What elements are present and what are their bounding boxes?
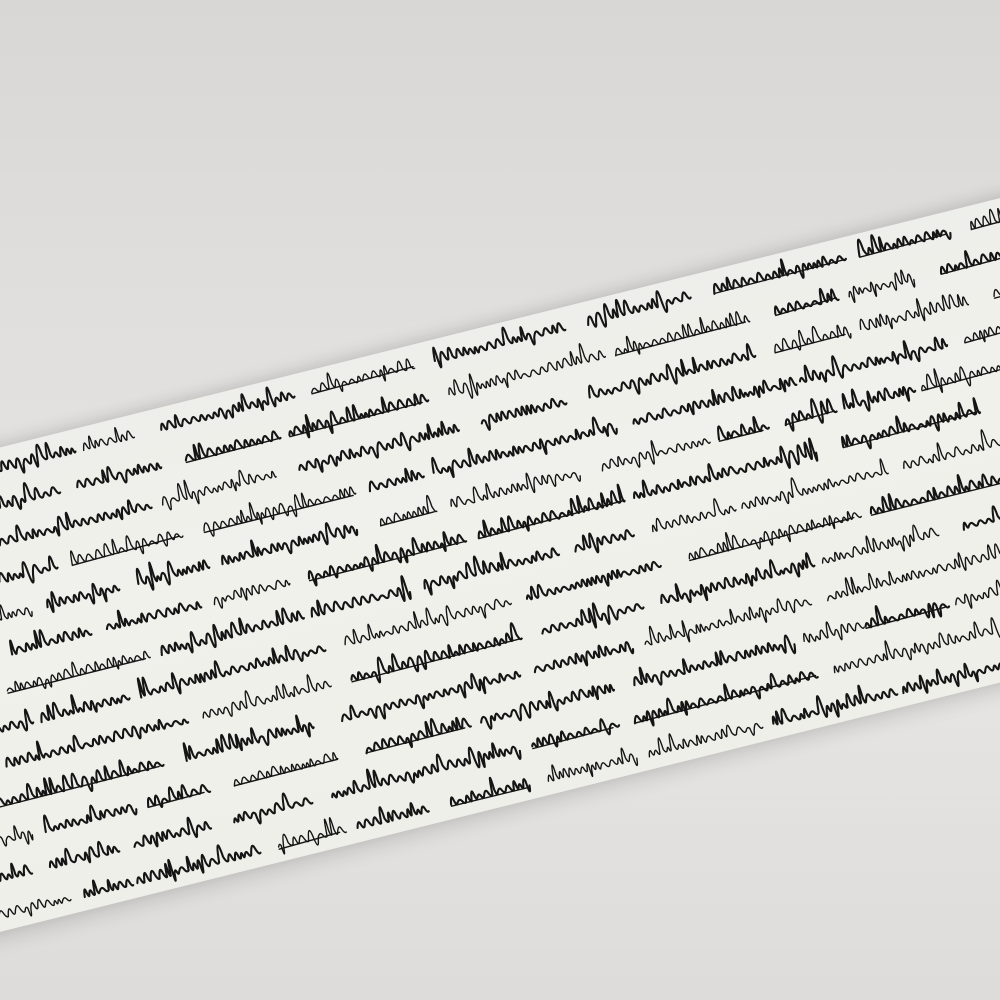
script-word [308,575,412,623]
script-word [899,648,1000,699]
script-word [182,712,315,767]
fabric-band [0,168,1000,963]
script-word [230,787,314,829]
script-word [584,282,693,331]
script-word [480,396,568,431]
script-word [861,589,950,635]
script-word [362,710,472,758]
script-word [769,677,899,732]
script-word [645,712,764,761]
script-word [367,465,424,491]
script-word [0,554,60,590]
script-word [212,576,291,609]
script-word [0,436,77,493]
script-word [42,794,138,837]
script-word [0,475,62,529]
script-word [431,313,567,369]
script-word [354,796,429,830]
script-stroke [775,334,845,352]
script-word [649,494,737,532]
script-word [158,459,278,513]
script-word [103,591,201,631]
script-word [0,597,34,632]
script-word [937,222,1000,278]
script-word [710,244,848,299]
script-word [990,239,1000,303]
script-word [158,382,296,435]
script-stroke [775,298,837,316]
script-word [0,858,33,910]
script-word [81,871,133,897]
script-word [716,414,769,441]
script-stroke [310,542,464,581]
script-word [74,455,162,495]
script-word [183,424,281,462]
script-word [448,461,581,513]
script-word [199,670,332,723]
script-word [8,618,92,655]
script-word [953,570,1000,612]
script-word [801,614,866,649]
script-word [830,613,1000,679]
script-word [158,603,306,660]
script-stroke [922,370,1000,391]
script-stroke [843,411,980,447]
script-word [376,494,437,526]
script-word [0,747,165,815]
script-word [133,836,262,890]
script-word [841,375,918,416]
script-word [685,500,863,566]
script-word [545,745,639,787]
script-word [275,815,348,855]
script-stroke [204,495,353,532]
script-word [430,413,618,482]
script-word [44,576,121,616]
script-word [3,705,190,771]
script-word [532,638,634,678]
script-word [899,413,1000,470]
script-word [134,549,211,593]
script-word [232,751,338,786]
script-word [80,424,134,451]
script-stroke [312,367,414,394]
script-word [530,715,621,753]
script-stroke [452,787,528,806]
script-stroke [0,766,159,808]
script-word [819,519,941,571]
script-stroke [615,322,745,355]
script-word [658,550,816,611]
script-word [857,287,970,336]
script-word [960,499,1000,530]
script-word [47,836,121,871]
handwriting-print [0,168,1000,963]
script-stroke [148,792,204,807]
script-word [37,682,131,725]
script-word [918,353,1000,398]
script-stroke [8,659,146,693]
script-word [630,438,818,506]
script-stroke [689,518,854,561]
script-word [308,352,416,398]
script-word [0,887,73,950]
script-word [641,587,813,652]
script-word [478,676,616,730]
script-stroke [714,259,846,293]
script-word [823,539,1000,604]
script-word [524,555,662,605]
script-stroke [234,759,337,785]
script-word [968,203,1000,235]
script-word [572,523,636,557]
script-word [131,813,212,852]
script-word [286,386,431,444]
script-word [538,592,645,641]
script-word [348,622,524,689]
script-stroke [290,403,423,437]
photo-scene: Fabric bolt with black handwritten-scrip… [0,0,1000,1000]
script-word [846,268,916,304]
